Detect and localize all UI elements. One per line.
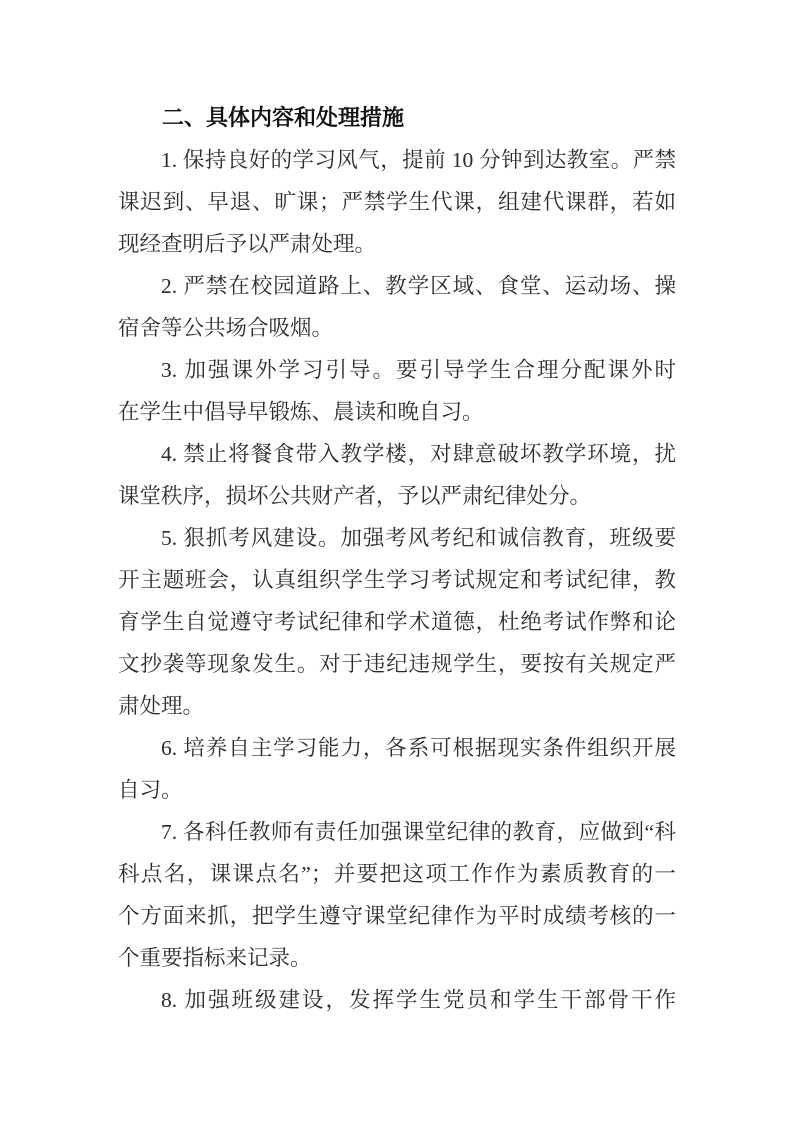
paragraph: 7. 各科任教师有责任加强课堂纪律的教育，应做到“科科点名，课课点名”；并要把这… <box>118 811 676 979</box>
text-line: 个重要指标来记录。 <box>118 937 676 979</box>
text-line: 7. 各科任教师有责任加强课堂纪律的教育，应做到“科 <box>118 811 676 853</box>
text-line: 6. 培养自主学习能力，各系可根据现实条件组织开展晚 <box>118 727 676 769</box>
text-line: 个方面来抓，把学生遵守课堂纪律作为平时成绩考核的一 <box>118 895 676 937</box>
paragraph: 1. 保持良好的学习风气，提前 10 分钟到达教室。严禁上课迟到、早退、旷课；严… <box>118 139 676 265</box>
text-line: 课堂秩序，损坏公共财产者，予以严肃纪律处分。 <box>118 475 676 517</box>
paragraph: 8. 加强班级建设，发挥学生党员和学生干部骨干作用， <box>118 979 676 1021</box>
text-line: 现经查明后予以严肃处理。 <box>118 223 676 265</box>
text-line: 课迟到、早退、旷课；严禁学生代课，组建代课群，若如发 <box>118 181 676 223</box>
document-content: 二、具体内容和处理措施 1. 保持良好的学习风气，提前 10 分钟到达教室。严禁… <box>118 97 676 1021</box>
text-line: 科点名，课课点名”；并要把这项工作作为素质教育的一 <box>118 853 676 895</box>
text-line: 8. 加强班级建设，发挥学生党员和学生干部骨干作用， <box>118 979 676 1021</box>
paragraph: 5. 狠抓考风建设。加强考风考纪和诚信教育，班级要召开主题班会，认真组织学生学习… <box>118 517 676 727</box>
paragraph: 2. 严禁在校园道路上、教学区域、食堂、运动场、操场、宿舍等公共场合吸烟。 <box>118 265 676 349</box>
paragraph: 3. 加强课外学习引导。要引导学生合理分配课外时间，在学生中倡导早锻炼、晨读和晚… <box>118 349 676 433</box>
text-line: 在学生中倡导早锻炼、晨读和晚自习。 <box>118 391 676 433</box>
text-line: 3. 加强课外学习引导。要引导学生合理分配课外时间， <box>118 349 676 391</box>
paragraph: 6. 培养自主学习能力，各系可根据现实条件组织开展晚自习。 <box>118 727 676 811</box>
text-line: 肃处理。 <box>118 685 676 727</box>
document-page: 二、具体内容和处理措施 1. 保持良好的学习风气，提前 10 分钟到达教室。严禁… <box>0 0 793 1122</box>
paragraph-container: 1. 保持良好的学习风气，提前 10 分钟到达教室。严禁上课迟到、早退、旷课；严… <box>118 139 676 1021</box>
text-line: 开主题班会，认真组织学生学习考试规定和考试纪律，教 <box>118 559 676 601</box>
text-line: 文抄袭等现象发生。对于违纪违规学生，要按有关规定严 <box>118 643 676 685</box>
text-line: 4. 禁止将餐食带入教学楼，对肆意破坏教学环境，扰乱 <box>118 433 676 475</box>
text-line: 1. 保持良好的学习风气，提前 10 分钟到达教室。严禁上 <box>118 139 676 181</box>
text-line: 2. 严禁在校园道路上、教学区域、食堂、运动场、操场、 <box>118 265 676 307</box>
text-line: 5. 狠抓考风建设。加强考风考纪和诚信教育，班级要召 <box>118 517 676 559</box>
text-line: 育学生自觉遵守考试纪律和学术道德，杜绝考试作弊和论 <box>118 601 676 643</box>
text-line: 自习。 <box>118 769 676 811</box>
paragraph: 4. 禁止将餐食带入教学楼，对肆意破坏教学环境，扰乱课堂秩序，损坏公共财产者，予… <box>118 433 676 517</box>
section-heading: 二、具体内容和处理措施 <box>118 97 676 139</box>
text-line: 宿舍等公共场合吸烟。 <box>118 307 676 349</box>
